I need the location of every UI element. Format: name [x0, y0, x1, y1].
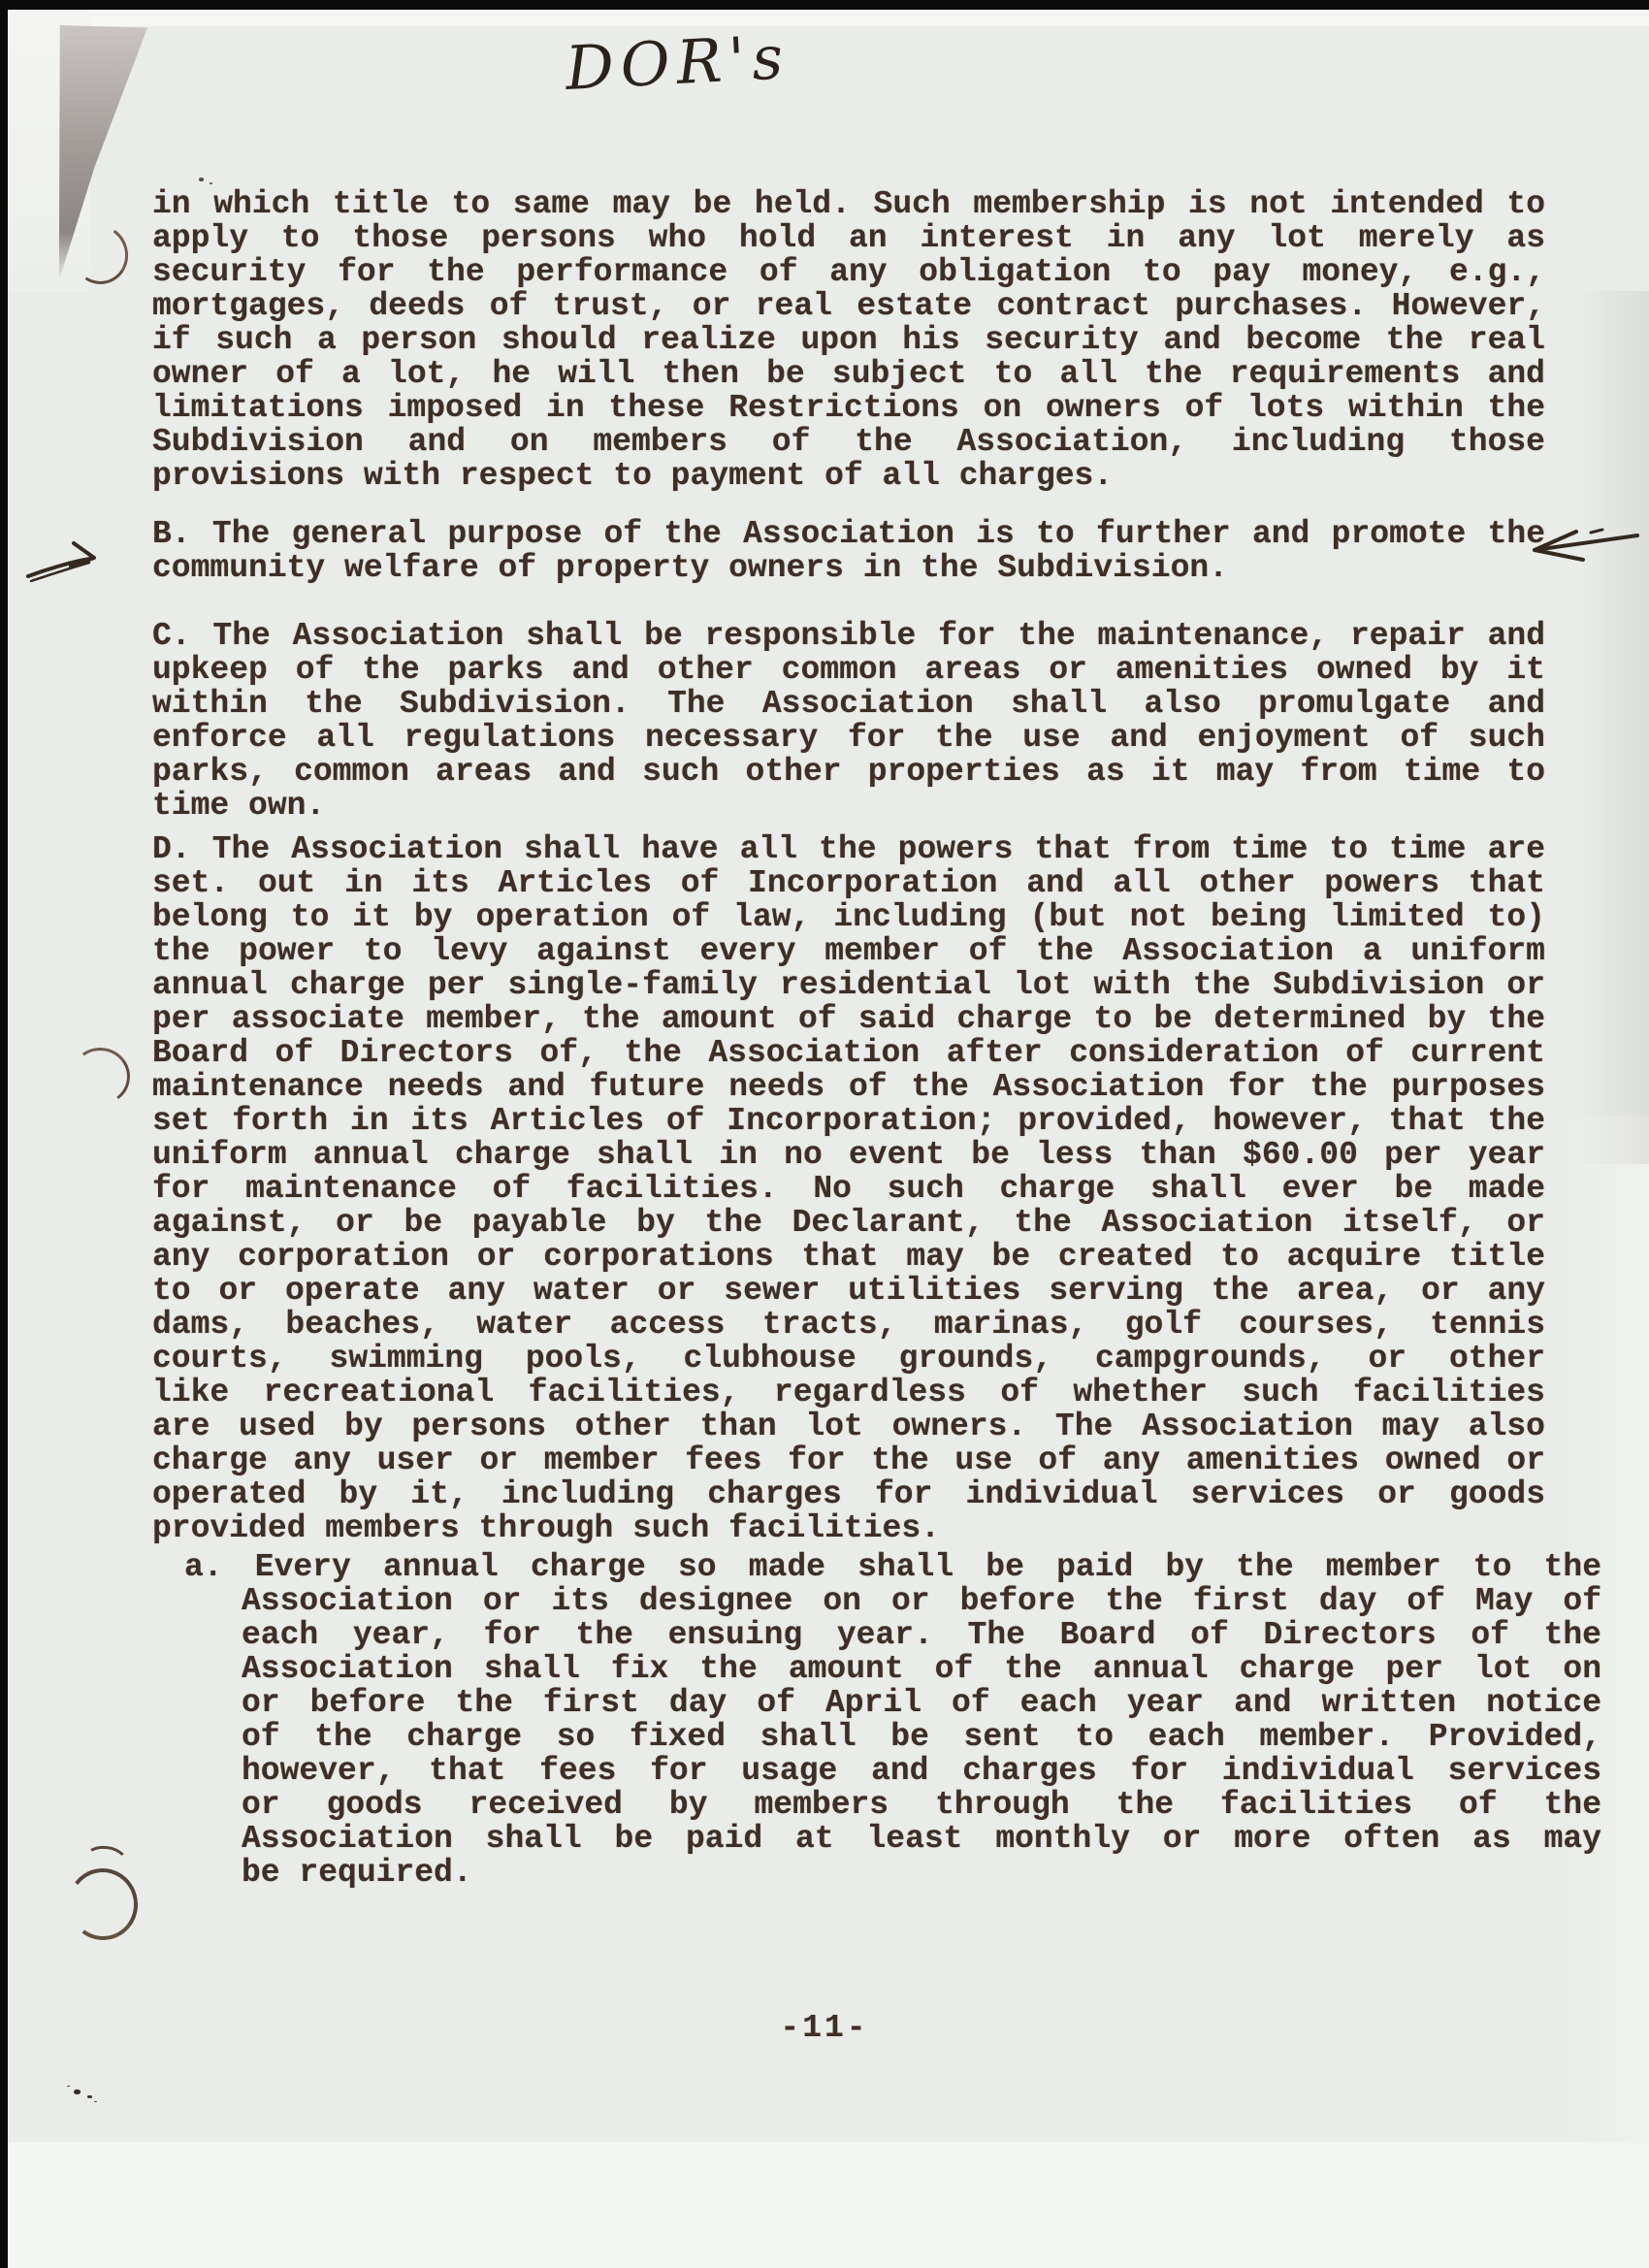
text-line: like recreational facilities, regardless…: [152, 1376, 1545, 1409]
text-line: within the Subdivision. The Association …: [152, 687, 1545, 721]
text-line: Association or its designee on or before…: [242, 1584, 1601, 1618]
text-line: uniform annual charge shall in no event …: [152, 1138, 1545, 1172]
scan-edge-top: [0, 0, 1649, 10]
text-line: B. The general purpose of the Associatio…: [152, 517, 1545, 551]
text-line: any corporation or corporations that may…: [152, 1240, 1545, 1274]
text-line: dams, beaches, water access tracts, mari…: [152, 1308, 1545, 1342]
text-line: or before the first day of April of each…: [242, 1686, 1601, 1720]
text-line: provided members through such facilities…: [152, 1511, 1545, 1545]
text-line: be required.: [242, 1856, 1601, 1890]
text-line: charge any user or member fees for the u…: [152, 1443, 1545, 1477]
text-line: Board of Directors of, the Association a…: [152, 1036, 1545, 1070]
text-line: belong to it by operation of law, includ…: [152, 900, 1545, 934]
text-line: however, that fees for usage and charges…: [242, 1754, 1601, 1788]
text-line: apply to those persons who hold an inter…: [152, 221, 1545, 255]
paragraph-B: B. The general purpose of the Associatio…: [152, 517, 1545, 585]
paper-crease-shadow: [1581, 291, 1649, 1164]
text-line: operated by it, including charges for in…: [152, 1477, 1545, 1511]
text-line: time own.: [152, 789, 1545, 823]
text-line: of the charge so fixed shall be sent to …: [242, 1720, 1601, 1754]
handwritten-note: DOR's: [564, 21, 792, 104]
scanner-backing: [8, 2142, 1649, 2268]
text-line: Association shall be paid at least month…: [242, 1822, 1601, 1856]
text-line: D. The Association shall have all the po…: [152, 832, 1545, 866]
text-line: limitations imposed in these Restriction…: [152, 391, 1545, 425]
text-line: security for the performance of any obli…: [152, 255, 1545, 289]
text-line: provisions with respect to payment of al…: [152, 459, 1545, 493]
text-line: set forth in its Articles of Incorporati…: [152, 1104, 1545, 1138]
paragraph-D: D. The Association shall have all the po…: [152, 832, 1545, 1545]
ink-speck-bottom: [74, 2090, 81, 2094]
text-line: per associate member, the amount of said…: [152, 1002, 1545, 1036]
text-line: against, or be payable by the Declarant,…: [152, 1206, 1545, 1240]
text-line: owner of a lot, he will then be subject …: [152, 357, 1545, 391]
left-margin-arrow-icon: [25, 534, 108, 587]
text-line: Association shall fix the amount of the …: [242, 1652, 1601, 1686]
text-line: Subdivision and on members of the Associ…: [152, 425, 1545, 459]
paragraph-C: C. The Association shall be responsible …: [152, 619, 1545, 823]
text-line: mortgages, deeds of trust, or real estat…: [152, 289, 1545, 323]
scan-edge-left: [0, 0, 8, 2268]
ink-speck-top: [199, 178, 204, 181]
page-number: -11-: [0, 2010, 1649, 2046]
text-line: if such a person should realize upon his…: [152, 323, 1545, 357]
text-line: or goods received by members through the…: [242, 1788, 1601, 1822]
paper-top-edge: [8, 10, 1649, 26]
text-line: set. out in its Articles of Incorporatio…: [152, 866, 1545, 900]
text-line: parks, common areas and such other prope…: [152, 755, 1545, 789]
text-line: in which title to same may be held. Such…: [152, 187, 1545, 221]
text-line: are used by persons other than lot owner…: [152, 1409, 1545, 1443]
text-line: C. The Association shall be responsible …: [152, 619, 1545, 653]
text-line: upkeep of the parks and other common are…: [152, 653, 1545, 687]
text-line: for maintenance of facilities. No such c…: [152, 1172, 1545, 1206]
text-line: annual charge per single-family resident…: [152, 968, 1545, 1002]
crescent-mark-middle: [67, 1044, 134, 1109]
text-line: a. Every annual charge so made shall be …: [242, 1550, 1601, 1584]
text-line: the power to levy against every member o…: [152, 934, 1545, 968]
text-line: enforce all regulations necessary for th…: [152, 721, 1545, 755]
text-line: community welfare of property owners in …: [152, 551, 1545, 585]
text-line: maintenance needs and future needs of th…: [152, 1070, 1545, 1104]
text-line: to or operate any water or sewer utiliti…: [152, 1274, 1545, 1308]
paragraph-intro: in which title to same may be held. Such…: [152, 187, 1545, 493]
text-line: courts, swimming pools, clubhouse ground…: [152, 1342, 1545, 1376]
paragraph-a: a. Every annual charge so made shall be …: [184, 1550, 1601, 1890]
text-line: each year, for the ensuing year. The Boa…: [242, 1618, 1601, 1652]
